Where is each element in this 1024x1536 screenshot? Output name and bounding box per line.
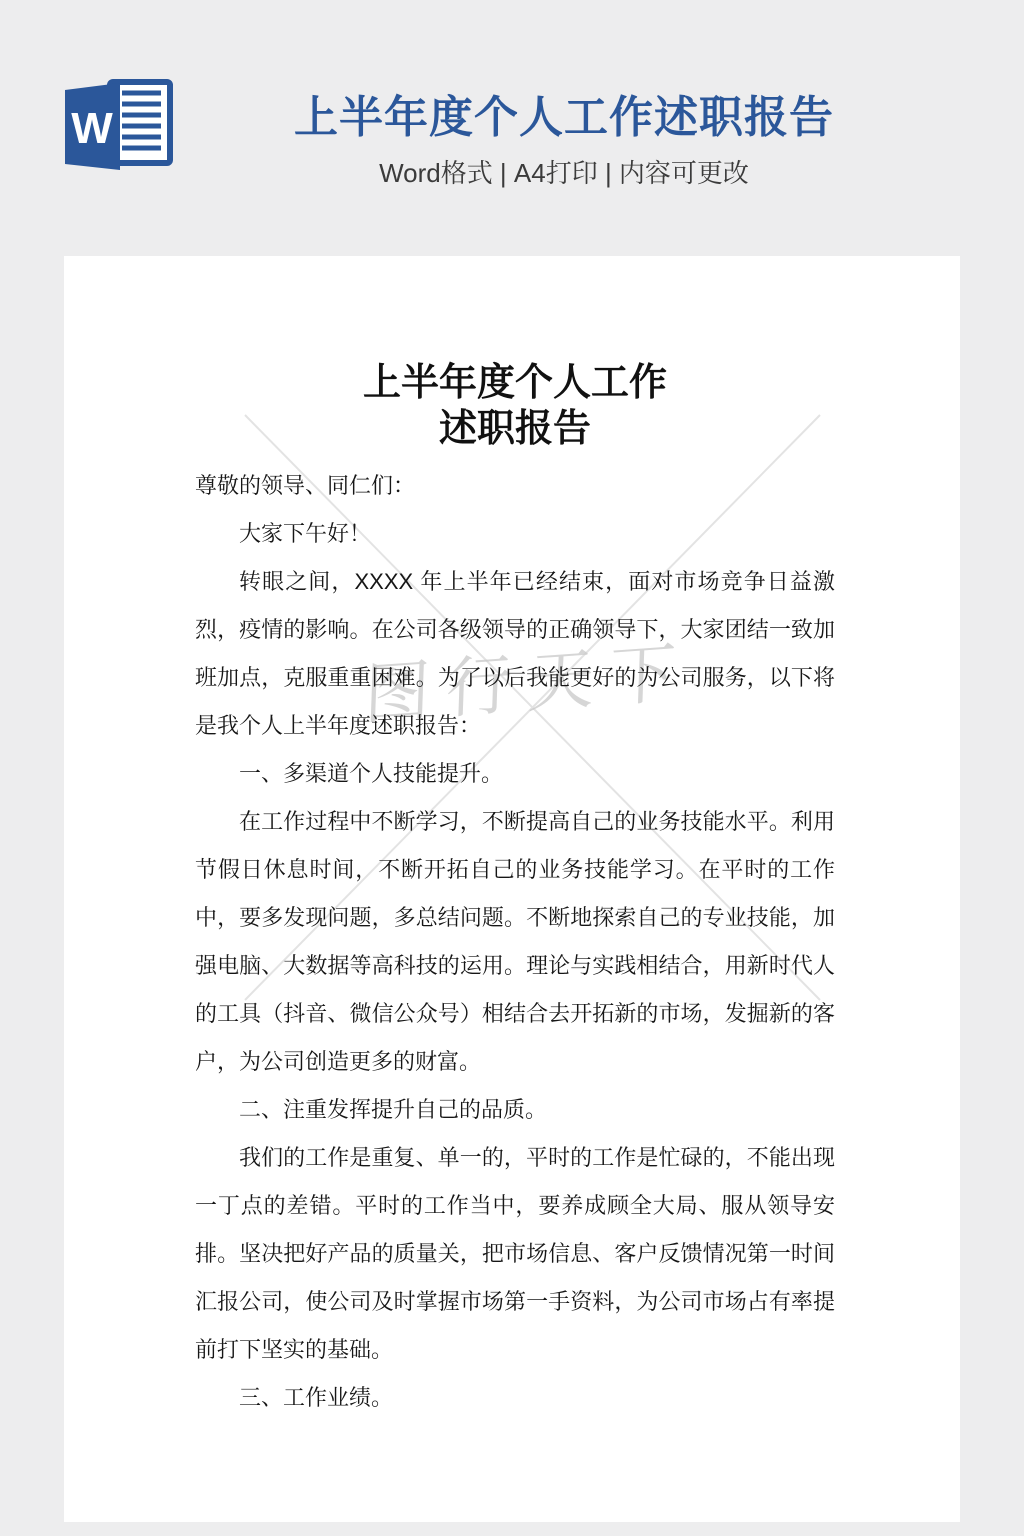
paragraph-greeting: 大家下午好！ — [195, 510, 835, 558]
header-text-block: 上半年度个人工作述职报告 Word格式 | A4打印 | 内容可更改 — [104, 0, 1024, 188]
header-subtitle: Word格式 | A4打印 | 内容可更改 — [104, 158, 1024, 188]
paragraph-section-1-body: 在工作过程中不断学习，不断提高自己的业务技能水平。利用节假日休息时间，不断开拓自… — [195, 798, 835, 1086]
document-title-line-1: 上半年度个人工作 — [363, 362, 667, 404]
document-title: 上半年度个人工作 述职报告 — [195, 360, 835, 452]
paragraph-section-2-heading: 二、注重发挥提升自己的品质。 — [195, 1086, 835, 1134]
template-preview-screen: W 上半年度个人工作述职报告 Word格式 | A4打印 | 内容可更改 图行天… — [0, 0, 1024, 1536]
header: W 上半年度个人工作述职报告 Word格式 | A4打印 | 内容可更改 — [0, 0, 1024, 256]
paragraph-intro: 转眼之间，XXXX 年上半年已经结束，面对市场竞争日益激烈，疫情的影响。在公司各… — [195, 558, 835, 750]
document-page: 图行天下 上半年度个人工作 述职报告 尊敬的领导、同仁们： 大家下午好！ 转眼之… — [64, 256, 960, 1522]
paragraph-salutation: 尊敬的领导、同仁们： — [195, 462, 835, 510]
paragraph-section-2-body: 我们的工作是重复、单一的，平时的工作是忙碌的，不能出现一丁点的差错。平时的工作当… — [195, 1134, 835, 1374]
paragraph-section-1-heading: 一、多渠道个人技能提升。 — [195, 750, 835, 798]
document-content: 上半年度个人工作 述职报告 尊敬的领导、同仁们： 大家下午好！ 转眼之间，XXX… — [195, 256, 835, 1422]
document-title-line-2: 述职报告 — [439, 408, 591, 450]
paragraph-section-3-heading: 三、工作业绩。 — [195, 1374, 835, 1422]
header-title: 上半年度个人工作述职报告 — [104, 0, 1024, 142]
document-body: 尊敬的领导、同仁们： 大家下午好！ 转眼之间，XXXX 年上半年已经结束，面对市… — [195, 462, 835, 1422]
